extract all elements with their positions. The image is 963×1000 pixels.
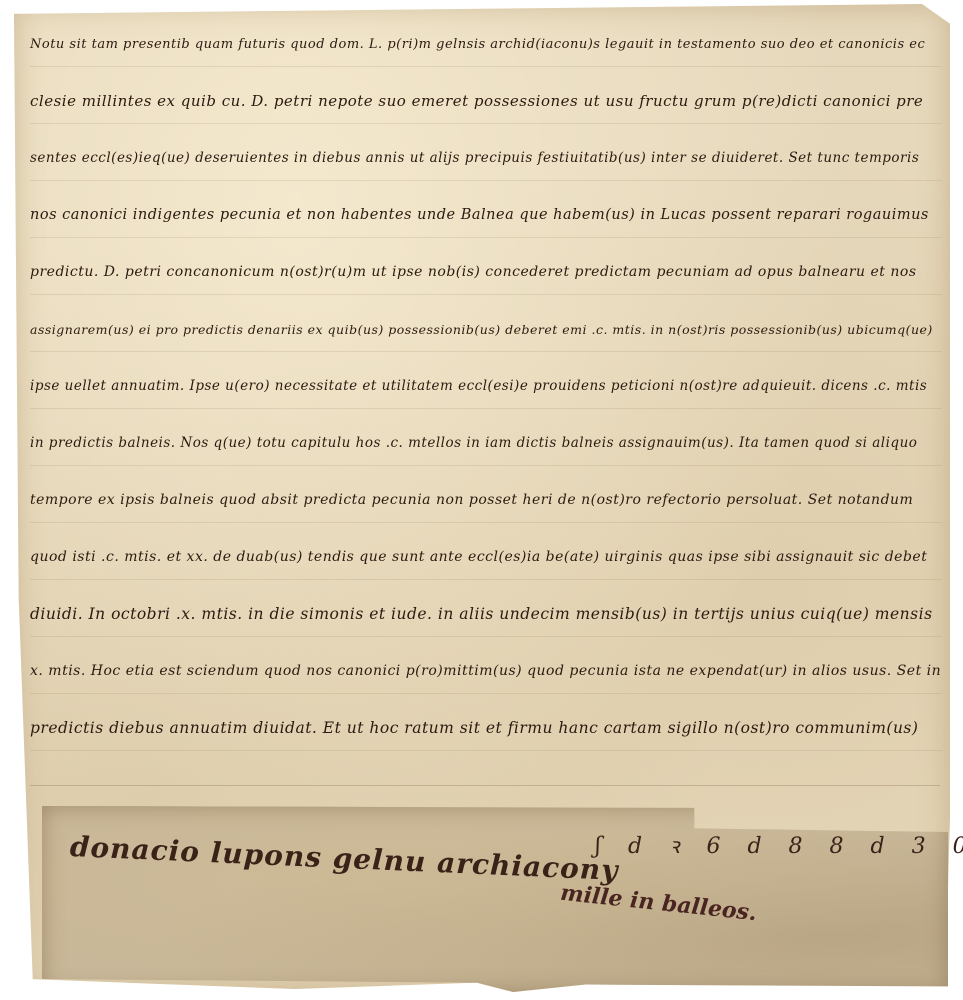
text-line-6: assignarem(us) ei pro predictis denariis… xyxy=(30,295,942,352)
text-line-4: nos canonici indigentes pecunia et non h… xyxy=(30,181,942,238)
text-line-5: predictu. D. petri concanonicum n(ost)r(… xyxy=(30,238,942,295)
charter-text: Notu sit tam presentib quam futuris quod… xyxy=(30,10,942,751)
text-line-7: ipse uellet annuatim. Ipse u(ero) necess… xyxy=(30,352,942,409)
ruling-line xyxy=(30,785,940,786)
text-line-11: diuidi. In octobri .x. mtis. in die simo… xyxy=(30,580,942,637)
text-line-3: sentes eccl(es)ieq(ue) deseruientes in d… xyxy=(30,124,942,181)
shelfmark-notation: ʃ d ꝛ 6 d 8 8 d 3 0 xyxy=(595,830,963,860)
text-line-2: clesie millintes ex quib cu. D. petri ne… xyxy=(30,67,942,124)
text-line-9: tempore ex ipsis balneis quod absit pred… xyxy=(30,466,942,523)
text-line-1: Notu sit tam presentib quam futuris quod… xyxy=(30,10,942,67)
text-line-8: in predictis balneis. Nos q(ue) totu cap… xyxy=(30,409,942,466)
text-line-10: quod isti .c. mtis. et xx. de duab(us) t… xyxy=(30,523,942,580)
text-line-13: predictis diebus annuatim diuidat. Et ut… xyxy=(30,694,942,751)
text-line-12: x. mtis. Hoc etia est sciendum quod nos … xyxy=(30,637,942,694)
